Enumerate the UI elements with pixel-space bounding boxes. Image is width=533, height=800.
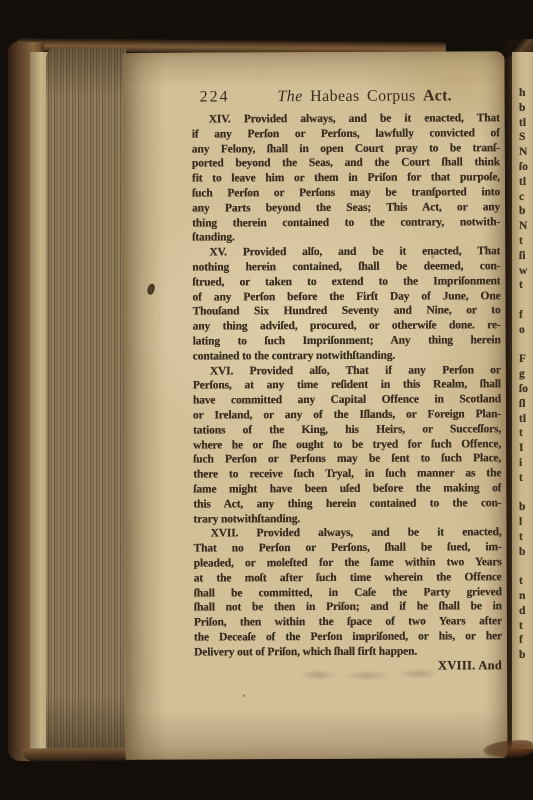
text-line: ſuch Perſon or Perſons may be ſent to ſu… (193, 452, 501, 468)
running-title-main: Habeas Corpus (310, 88, 416, 105)
text-fragment: ſl (519, 397, 533, 412)
text-line: XVII. Provided always, and be it enacted… (194, 525, 502, 541)
text-fragment: t (519, 426, 533, 441)
text-fragment: i (519, 456, 533, 471)
text-fragment: t (519, 574, 533, 589)
text-line: the Deceaſe of the Perſon impriſoned, or… (194, 629, 502, 645)
text-line: of any Perſon before the Firſt Day of Ju… (192, 289, 500, 305)
text-fragment: b (519, 101, 533, 116)
text-line: thing therein contained to the contrary,… (192, 215, 500, 231)
ink-showthrough (295, 666, 445, 683)
text-fragment: b (519, 648, 533, 663)
running-title-act: Act. (423, 87, 452, 104)
text-line: any thing adviſed, procured, or otherwiſ… (193, 318, 501, 334)
section-xiv: XIV. Provided always, and be it enacted,… (192, 111, 501, 246)
text-line: at the moſt after ſuch time wherein the … (194, 570, 502, 586)
text-fragment: I (519, 441, 533, 456)
text-line: any Parts beyond the Seas; This Act, or … (192, 200, 500, 216)
text-line: That no Perſon or Perſons, ſhall be ſued… (194, 540, 502, 556)
text-fragment (519, 560, 533, 575)
text-column: 224 The Habeas Corpus Act. XIV. Provided… (192, 87, 503, 675)
text-fragment: N (519, 145, 533, 160)
text-line: or Ireland, or any of the Iſlands, or Fo… (193, 407, 501, 423)
text-fragment (519, 338, 533, 353)
section-xv: XV. Provided alſo, and be it enacted, Th… (192, 244, 501, 364)
next-page-sliver: hbtlSNſotlcbNtſiwtfoFgſoſltltIitbltbtndt… (512, 52, 533, 749)
text-fragment: w (519, 264, 533, 279)
text-fragment: n (519, 589, 533, 604)
text-fragment: t (519, 234, 533, 249)
section-xvii: XVII. Provided always, and be it enacted… (194, 525, 503, 660)
text-fragment: ſi (519, 249, 533, 264)
text-line: tations of the King, his Heirs, or Succe… (193, 422, 501, 438)
text-fragment: S (519, 130, 533, 145)
text-fragment: h (519, 86, 533, 101)
page-header: 224 The Habeas Corpus Act. (192, 87, 500, 110)
text-line: ſame might have been uſed before the mak… (193, 481, 501, 497)
text-fragment: tl (519, 175, 533, 190)
text-fragment: o (519, 323, 533, 338)
text-line: any Felony, ſhall in open Court pray to … (192, 141, 500, 157)
text-line: trary notwithſtanding. (193, 511, 501, 527)
text-fragment: t (519, 530, 533, 545)
text-fragment: t (519, 471, 533, 486)
text-fragment: b (519, 204, 533, 219)
text-fragment: d (519, 604, 533, 619)
text-line: nothing herein contained, ſhall be deeme… (192, 259, 500, 275)
text-line: have committed any Capital Offence in Sc… (193, 392, 501, 408)
text-fragment: N (519, 219, 533, 234)
text-line: there to receive ſuch Tryal, in ſuch man… (193, 466, 501, 482)
text-fragment: f (519, 633, 533, 648)
next-page-text-fragments: hbtlSNſotlcbNtſiwtfoFgſoſltltIitbltbtndt… (512, 86, 533, 663)
text-fragment: c (519, 190, 533, 205)
text-fragment (519, 293, 533, 308)
book-page: 224 The Habeas Corpus Act. XIV. Provided… (122, 51, 507, 760)
text-line: ſhall not be then in Priſon; and if he ſ… (194, 599, 502, 615)
text-line: ſhall be committed, in Caſe the Party gr… (194, 585, 502, 601)
text-fragment: tl (519, 116, 533, 131)
running-title: The Habeas Corpus Act. (230, 87, 500, 106)
book-photo: hbtlSNſotlcbNtſiwtfoFgſoſltltIitbltbtndt… (0, 0, 533, 800)
text-line: pleaded, or moleſted for the ſame within… (194, 555, 502, 571)
text-fragment: f (519, 308, 533, 323)
text-line: fit to leave him or them in Priſon for t… (192, 170, 500, 186)
text-fragment: ſo (519, 382, 533, 397)
text-line: lating to ſuch Impriſonment; Any thing h… (193, 333, 501, 349)
text-fragment: t (519, 619, 533, 634)
page-text: XIV. Provided always, and be it enacted,… (192, 111, 502, 660)
text-line: Perſons, at any time reſident in this Re… (193, 378, 501, 394)
text-line: ſuch Perſon or Perſons may be tranſporte… (192, 185, 500, 201)
book-page-edges (46, 48, 126, 757)
text-fragment: ſo (519, 160, 533, 175)
text-line: Priſon, then within the ſpace of two Yea… (194, 614, 502, 630)
text-line: if any Perſon or Perſons, lawfully convi… (192, 126, 500, 142)
text-line: ſtanding. (192, 230, 500, 246)
text-line: where he or ſhe ought to be tryed for ſu… (193, 437, 501, 453)
text-line: Thouſand Six Hundred Seventy and Nine, o… (193, 304, 501, 320)
text-fragment: l (519, 515, 533, 530)
text-fragment: F (519, 352, 533, 367)
text-line: Delivery out of Priſon, which ſhall firſ… (194, 644, 502, 660)
text-line: XV. Provided alſo, and be it enacted, Th… (192, 244, 500, 260)
text-line: ſtrued, or taken to extend to the Impriſ… (192, 274, 500, 290)
book-foot-edge (22, 747, 140, 761)
section-xvi: XVI. Provided alſo, That if any Perſon o… (193, 363, 502, 527)
text-fragment: t (519, 278, 533, 293)
page-number: 224 (200, 88, 230, 106)
text-fragment: b (519, 500, 533, 515)
text-fragment: b (519, 545, 533, 560)
text-line: XVI. Provided alſo, That if any Perſon o… (193, 363, 501, 379)
text-fragment: g (519, 367, 533, 382)
running-title-the: The (277, 88, 302, 105)
text-line: ported beyond the Seas, and the Court ſh… (192, 156, 500, 172)
text-line: contained to the contrary notwithſtandin… (193, 348, 501, 364)
text-line: XIV. Provided always, and be it enacted,… (192, 111, 500, 127)
text-fragment (519, 486, 533, 501)
text-fragment: tl (519, 412, 533, 427)
margin-ink-mark (147, 283, 156, 295)
text-line: this Act, any thing herein contained to … (193, 496, 501, 512)
